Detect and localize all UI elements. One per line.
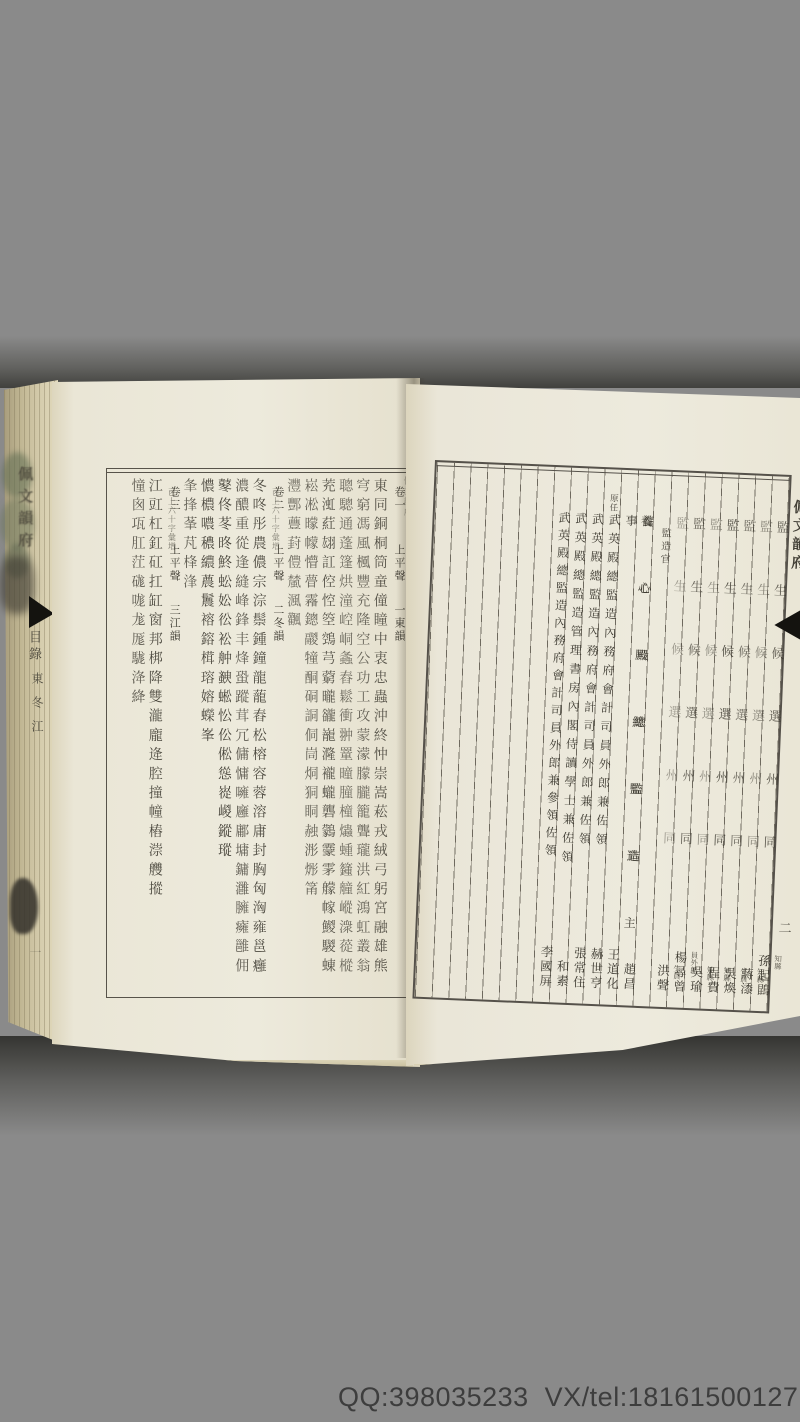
- rhyme-section-label: 三江韻: [166, 604, 182, 643]
- official-name: 張常住: [569, 946, 589, 990]
- official-name-text: 洪聲: [653, 964, 672, 994]
- official-name-text: 和素: [552, 959, 571, 989]
- section-header-column: 卷三上平聲三江韻: [163, 478, 180, 994]
- supervisors-header: 監造官: [656, 527, 673, 567]
- official-rank-prefix: 生員: [738, 967, 750, 996]
- official-name-text: 王道化: [602, 947, 622, 991]
- official-name: 赫世亨: [586, 946, 606, 990]
- official-rank-prefix: 員外郎: [687, 951, 700, 995]
- fore-edge-folio: 一: [27, 946, 44, 958]
- photo-of-book: 佩文韻府 目錄 東冬江 一 佩文韻府 卷一上平聲一東韻東同銅桐筒童僮瞳中衷忠蟲沖…: [0, 0, 800, 1422]
- fore-edge-rhyme-label: 東冬江: [29, 672, 46, 744]
- left-page: 佩文韻府 卷一上平聲一東韻東同銅桐筒童僮瞳中衷忠蟲沖終忡崇嵩菘戎絨弓躬宮融雄熊穹…: [52, 376, 420, 1070]
- seller-watermark: QQ:398035233 VX/tel:18161500127: [338, 1382, 798, 1413]
- rhyme-character-column: 憧囪瓨肛茳硥哤尨厖駹洚絳: [129, 478, 146, 994]
- official-name-text: 赫世亨: [586, 946, 606, 990]
- former-post-prefix: 原任: [608, 493, 621, 512]
- right-page: 佩文韻府 二 監生候選州同知縣孫起鵾監生候選州同知縣蔣潻監生候選州同生員吳煥監生…: [406, 382, 800, 1074]
- right-page-rule-block: 佩文韻府 二 監生候選州同知縣孫起鵾監生候選州同知縣蔣潻監生候選州同生員吳煥監生…: [412, 460, 791, 1013]
- rhyme-character-column: 冬咚彤農儂宗淙鬃鍾鐘龍蘢舂松榕容蓉溶庸封胸匈洶雍邕癰: [250, 478, 267, 994]
- ink-stain: [10, 878, 38, 934]
- official-name-text: 李國屏: [535, 944, 555, 988]
- official-rank-prefix: 生員: [671, 964, 683, 993]
- fore-edge-section-label: 目錄: [25, 630, 44, 664]
- rhyme-character-column: 夆捀莑芃桻浲已上六十字彙增: [180, 478, 197, 994]
- fore-edge-book-title: 佩文韻府: [14, 466, 35, 554]
- rhyme-character-column: 聰驄通蓬篷烘潼崆峒螽舂鬆衝翀罿曈朣橦爞蝩籦艟嵷潨蓯樅: [336, 478, 353, 994]
- rhyme-character-column: 東同銅桐筒童僮瞳中衷忠蟲沖終忡崇嵩菘戎絨弓躬宮融雄熊: [371, 478, 388, 994]
- right-page-columns: 監生候選州同知縣孫起鵾監生候選州同知縣蔣潻監生候選州同生員吳煥監生候選州同知縣程…: [437, 462, 790, 477]
- rhyme-character-column: 崧凇曚幪懵瞢霿鏓鬷犝酮硐詷侗峝烔狪眮赨浵烿筩: [302, 478, 319, 994]
- rhyme-character-column: 憹檂噥穠繷蕽鬞褣鎔榵瑢嫆蠑峯: [198, 478, 215, 994]
- official-name: 和素: [552, 959, 571, 989]
- official-rank-prefix: 知縣: [754, 968, 766, 997]
- section-header-column: 卷二上平聲二冬韻: [267, 478, 284, 994]
- rhyme-character-column: 濃醲重從逢縫峰鋒丰烽蛩蹤茸冗傭慵噰廱鄘墉鏞灉臃癕雝佣: [232, 478, 249, 994]
- official-rank-prefix: 知縣: [704, 966, 716, 995]
- rhyme-character-column: 灃酆蘴葑僼檒渢飌已上六十字彙增: [284, 478, 301, 994]
- rhyme-section-label: 二冬韻: [270, 604, 286, 643]
- rhyme-character-column: 茺渱葒翃訌倥悾箜鵼芎藭曨豅巃漋襱蠬礱鸏靀雺艨幏鯼騣蝀: [319, 478, 336, 994]
- rhyme-section-label: 卷二: [270, 486, 286, 512]
- rhyme-section-label: 卷三: [166, 486, 182, 512]
- official-name: 李國屏: [535, 944, 555, 988]
- ink-smear: [0, 556, 34, 614]
- rhyme-character-column: 江豇杠釭矼扛缸窗邦梆降雙瀧龐逄腔撞幢樁漴艭摐: [146, 478, 163, 994]
- rhyme-character-column: 穹窮馮風楓豐充隆空公功工攻蒙濛朦朧籠聾瓏洪紅鴻虹叢翁: [353, 478, 370, 994]
- rhyme-section-label: 上平聲: [166, 544, 182, 583]
- official-name-text: 張常住: [569, 946, 589, 990]
- official-rank-prefix: 知縣: [721, 966, 733, 995]
- official-name: 生員洪聲: [653, 964, 683, 994]
- official-rank-prefix: 知縣: [771, 954, 784, 998]
- right-page-folio: 二: [774, 921, 794, 941]
- official-name: 王道化: [602, 947, 622, 991]
- rhyme-character-column: 鼕佟苳昸鮗蚣妐彸衳舯螤蜙忪伀倯慫嵸嵕鏦瑽: [215, 478, 232, 994]
- rhyme-section-label: 上平聲: [270, 544, 286, 583]
